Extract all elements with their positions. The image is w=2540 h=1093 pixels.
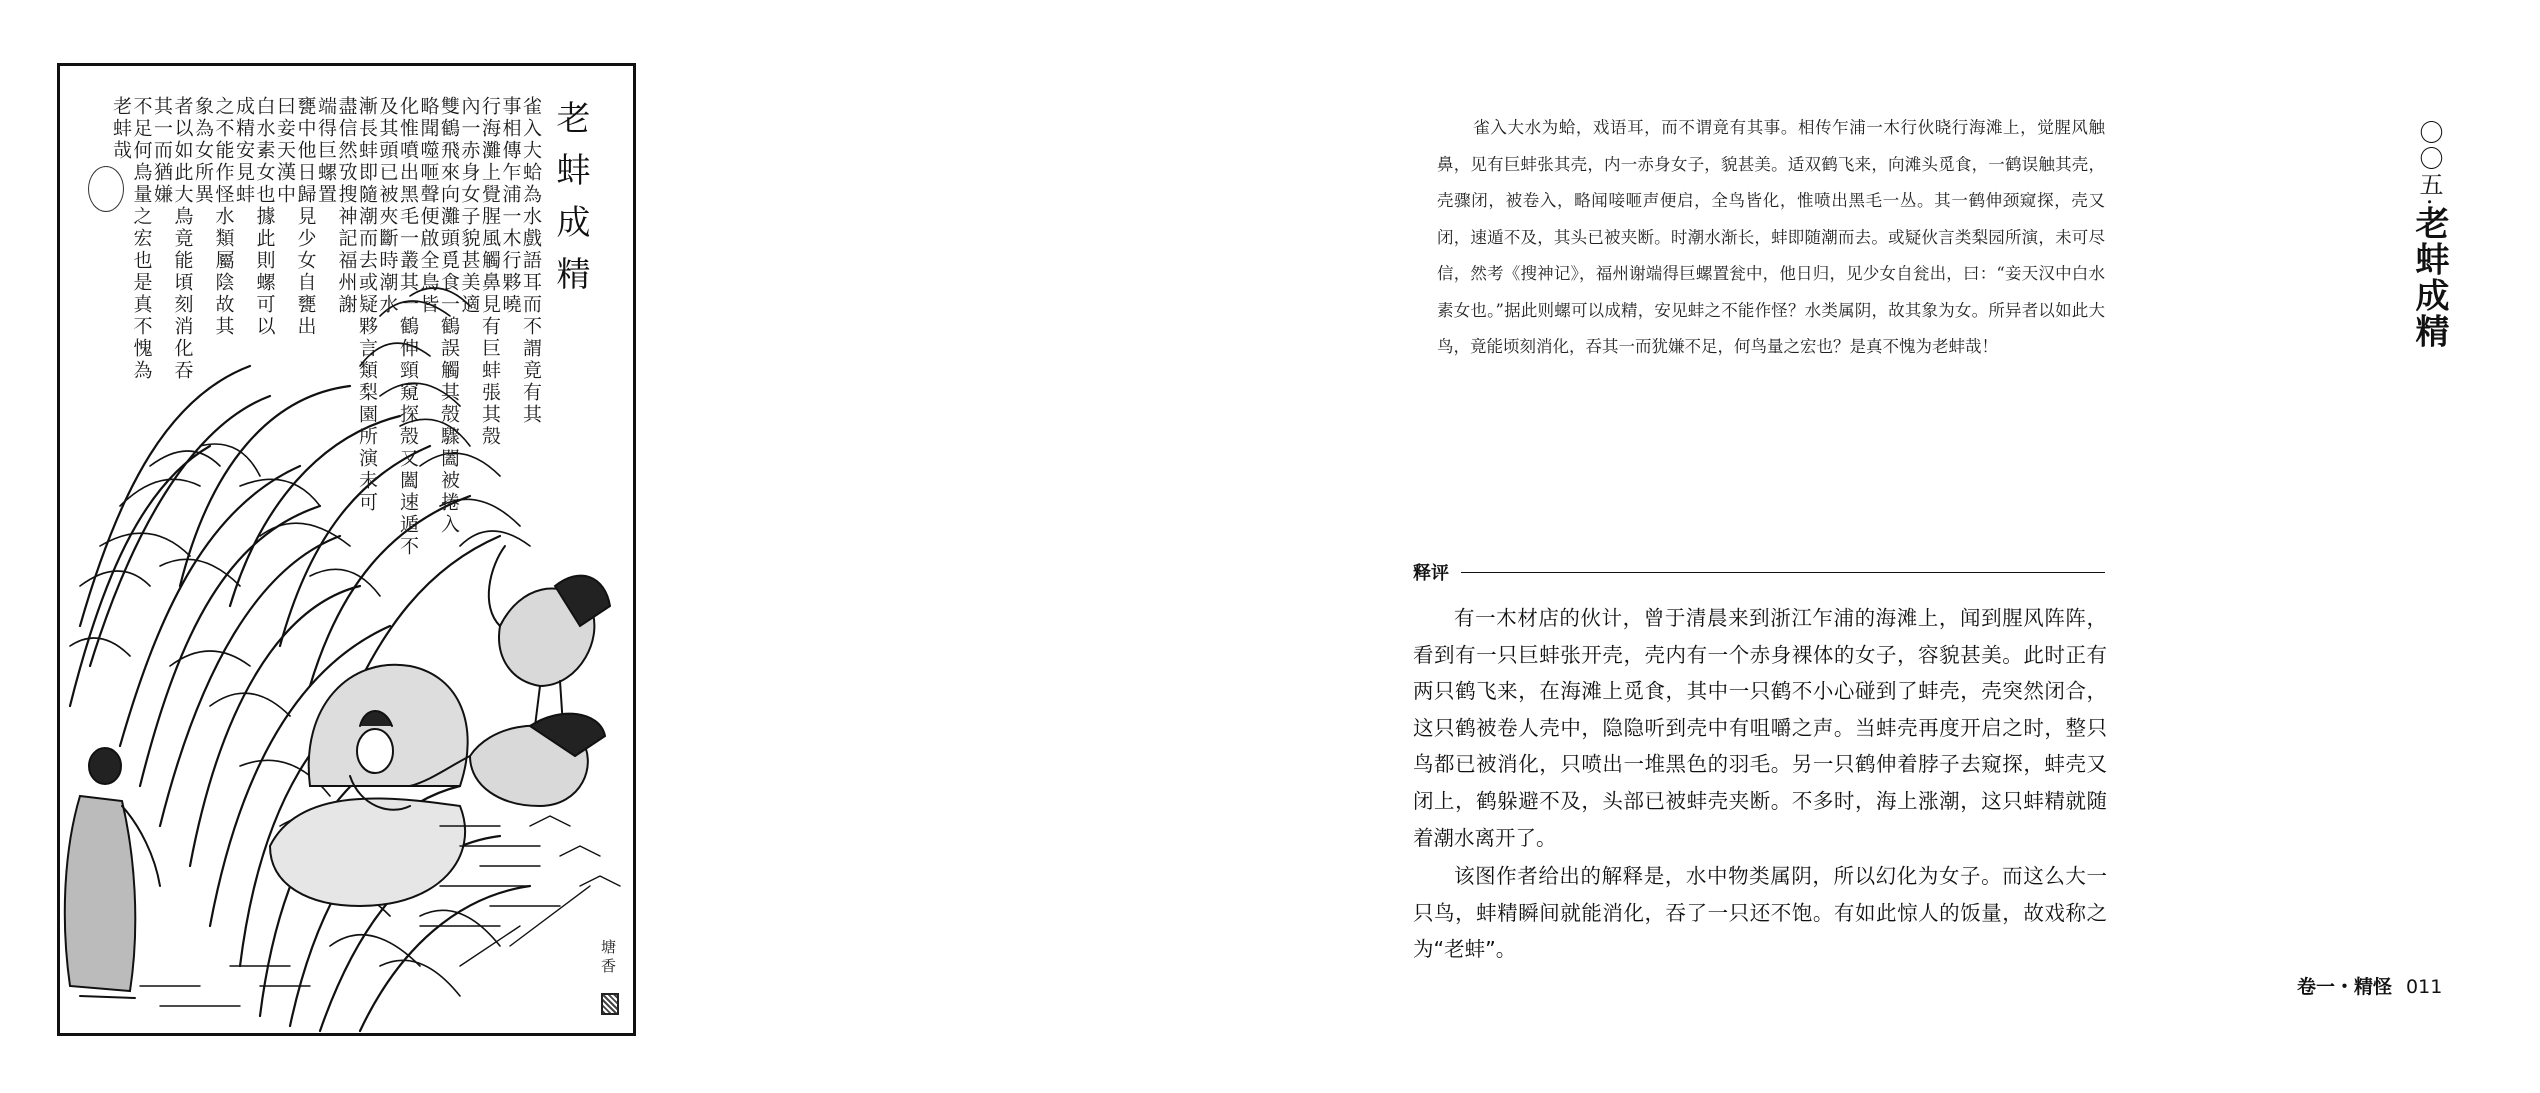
inscription-column: 之不能作怪水類屬陰故其 [213,96,234,656]
commentary-body: 有一木材店的伙计，曾于清晨来到浙江乍浦的海滩上，闻到腥风阵阵，看到有一只巨蚌张开… [1413,600,2107,970]
chapter-number: 〇〇五 [2415,120,2443,198]
inscription-column: 甕中他日歸見少女自甕出 [295,96,316,656]
chapter-title: 〇〇五·老蚌成精 [2405,120,2454,350]
man-figure [65,748,160,998]
inscription-column: 其一而猶嫌 [152,96,173,656]
commentary-heading-label: 释评 [1413,559,1449,585]
illustration-inscription: 雀入大蛤為水戲語耳而不謂竟有其 事相傳乍浦一木行夥曉 行海灘上覺腥風觸鼻見有巨蚌… [111,96,542,656]
page-number: 011 [2406,976,2442,998]
heading-rule [1461,572,2105,573]
inscription-column: 雙鶴飛來向灘頭覓食一鶴誤觸其殼驟闔被捲入 [439,96,460,656]
square-seal-icon [601,993,619,1015]
artist-signature: 塘香 [598,939,619,977]
inscription-column: 事相傳乍浦一木行夥曉 [500,96,521,656]
inscription-column: 白水素女也據此則螺可以 [254,96,275,656]
clam-woman [270,665,468,906]
commentary-heading: 释评 [1413,558,2105,586]
inscription-column: 曰妾天漢中 [275,96,296,656]
inscription-column: 端得巨螺置 [316,96,337,656]
chapter-separator: · [2415,198,2443,206]
commentary-paragraph: 该图作者给出的解释是，水中物类属阴，所以幻化为女子。而这么大一只鸟，蚌精瞬间就能… [1413,858,2107,968]
inscription-column: 行海灘上覺腥風觸鼻見有巨蚌張其殼 [480,96,501,656]
original-text-block: 雀入大水为蛤，戏语耳，而不谓竟有其事。相传乍浦一木行伙晓行海滩上，觉腥风触鼻，见… [1437,110,2105,366]
inscription-column: 內一赤身女子貌甚美適 [459,96,480,656]
inscription-column: 雀入大蛤為水戲語耳而不謂竟有其 [521,96,542,656]
inscription-column: 者以如此大鳥竟能頃刻消化吞 [172,96,193,656]
round-seal-icon [88,166,124,212]
chapter-name: 老蚌成精 [2409,206,2449,350]
inscription-column: 不足何鳥量之宏也是真不愧為 [131,96,152,656]
original-text: 雀入大水为蛤，戏语耳，而不谓竟有其事。相传乍浦一木行伙晓行海滩上，觉腥风触鼻，见… [1437,110,2105,366]
inscription-column: 盡信然攷搜神記福州謝 [336,96,357,656]
commentary-paragraph: 有一木材店的伙计，曾于清晨来到浙江乍浦的海滩上，闻到腥风阵阵，看到有一只巨蚌张开… [1413,600,2107,856]
illustration-plate: 老蚌成精 雀入大蛤為水戲語耳而不謂竟有其 事相傳乍浦一木行夥曉 行海灘上覺腥風觸… [57,63,636,1036]
inscription-column: 化惟噴出黑毛一叢其一鶴伸頸窺探殼又闔速遁不 [398,96,419,656]
inscription-column: 漸長蚌即隨潮而去或疑夥言類梨園所演未可 [357,96,378,656]
footer-section: 卷一・精怪 [2297,976,2392,998]
inscription-column: 象為女所異 [193,96,214,656]
inscription-column: 略聞噬咂聲便啟全鳥皆 [418,96,439,656]
page-footer: 卷一・精怪011 [2297,972,2442,999]
inscription-column: 成精安見蚌 [234,96,255,656]
inscription-column: 及其頭已被夾斷時潮水 [377,96,398,656]
illustration-title: 老蚌成精 [546,100,595,308]
